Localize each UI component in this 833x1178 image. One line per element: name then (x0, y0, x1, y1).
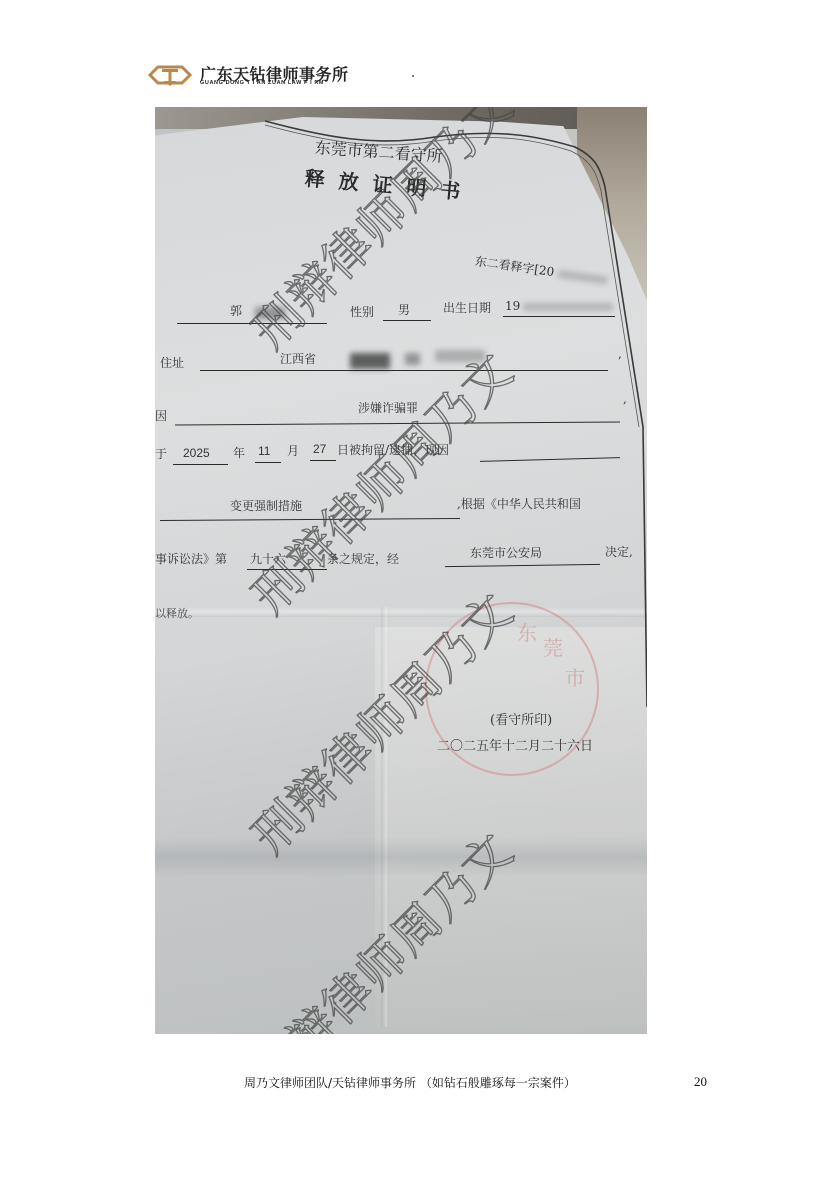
month-underline (255, 462, 281, 463)
article-number: 九十六 (250, 550, 286, 567)
detain-prefix: 于 (155, 445, 167, 462)
authority: 东莞市公安局 (470, 544, 542, 561)
law-suffix: 事诉讼法》第 (155, 550, 227, 567)
comma-mark-2: , (623, 392, 627, 406)
footer-text: 周乃文律师团队/天钻律师事务所 （如钻石般雕琢每一宗案件） (244, 1074, 576, 1091)
name-visible: 郭 (230, 302, 242, 319)
redacted-address-3 (435, 350, 485, 362)
birth-label: 出生日期 (443, 299, 491, 316)
birth-value: 19 (505, 299, 520, 313)
article-suffix: 条之规定，经 (327, 550, 399, 567)
redacted-name (255, 307, 285, 319)
release-text: 以释放。 (155, 605, 199, 621)
reason-value: 变更强制措施 (230, 497, 302, 514)
seal-char-1: 东 (517, 617, 537, 646)
address-value: 江西省 (280, 350, 316, 367)
cause-label: 因 (155, 407, 167, 424)
address-label: 住址 (160, 354, 184, 371)
stray-dot (412, 75, 414, 77)
year-label: 年 (233, 444, 245, 461)
redacted-address-2 (405, 353, 420, 365)
law-prefix: ,根据《中华人民共和国 (457, 495, 581, 512)
gender-value: 男 (398, 301, 410, 318)
month-label: 月 (287, 442, 299, 459)
page-number: 20 (694, 1074, 707, 1090)
seal-char-2: 莞 (543, 632, 563, 661)
birth-underline (503, 316, 615, 317)
redacted-address-1 (350, 353, 390, 369)
redacted-birth (523, 303, 613, 311)
seal-label: (看守所印) (490, 709, 552, 728)
seal-char-3: 市 (565, 662, 585, 691)
cause-value: 涉嫌诈骗罪 (358, 399, 418, 416)
issue-date: 二〇二五年十二月二十六日 (437, 735, 593, 754)
redacted-number (557, 269, 608, 284)
year-underline (173, 464, 228, 465)
article-underline (247, 569, 327, 570)
firm-name-en: GUANG DONG T I AN ZUAN LAW F I RM (200, 80, 324, 86)
letterhead: 广东天钻律师事务所 GUANG DONG T I AN ZUAN LAW F I… (148, 60, 448, 90)
comma-mark: , (618, 347, 622, 361)
detain-month: 11 (258, 444, 270, 458)
form-border (155, 107, 647, 1034)
gender-label: 性别 (350, 303, 374, 320)
decision-suffix: 决定, (605, 543, 633, 560)
diamond-t-logo-icon (148, 63, 192, 87)
day-underline (310, 460, 336, 461)
day-label: 日被拘留/逮捕，现因 (337, 441, 449, 458)
address-underline (200, 370, 608, 371)
name-underline (177, 323, 327, 324)
detain-day: 27 (313, 442, 326, 456)
gender-underline (383, 320, 431, 321)
detain-year: 2025 (183, 446, 210, 460)
document-photo: 东莞市第二看守所 释放证明书 东二看释字[20 郭 性别 男 出生日期 19 住… (155, 107, 647, 1034)
